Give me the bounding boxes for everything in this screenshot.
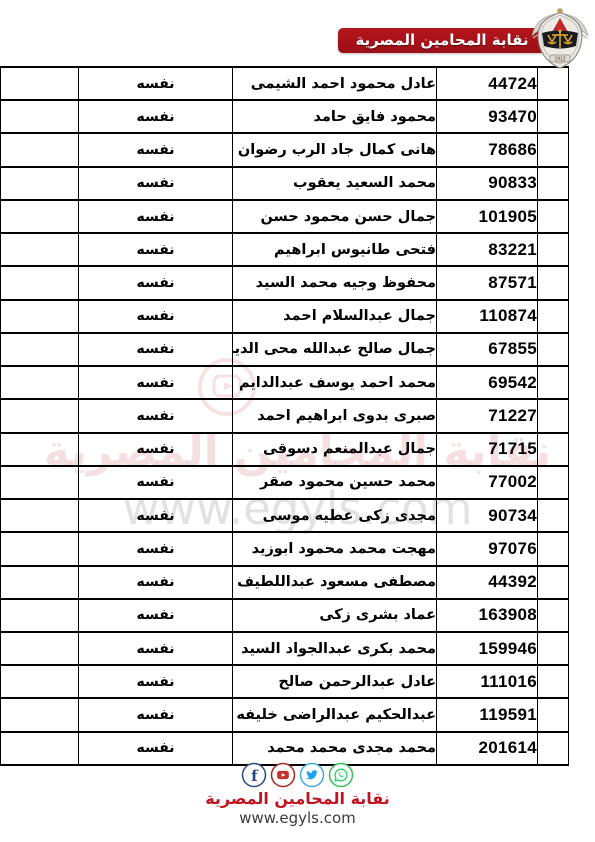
member-number: 201614 (437, 732, 538, 765)
empty-cell-left (1, 133, 79, 166)
table-row: نفسه محمد السعيد يعقوب 90833 (1, 167, 569, 200)
member-number: 97076 (437, 532, 538, 565)
table-row: نفسه هانى كمال جاد الرب رضوان 78686 (1, 133, 569, 166)
social-icons-row: f (0, 762, 595, 788)
empty-cell-right (538, 200, 569, 233)
member-number: 90734 (437, 499, 538, 532)
member-name: مصطفى مسعود عبداللطيف (233, 566, 437, 599)
member-number: 110874 (437, 300, 538, 333)
org-title-banner: نقابة المحامين المصرية (338, 28, 546, 53)
member-name: هانى كمال جاد الرب رضوان (233, 133, 437, 166)
twitter-icon[interactable] (299, 762, 325, 788)
svg-text:1912: 1912 (554, 57, 565, 63)
agent-cell: نفسه (79, 665, 233, 698)
page-footer: f نقابة المحامين المصرية www.egyls.com (0, 762, 595, 827)
table-row: نفسه جمال صالح عبدالله محى الدين 67855 (1, 333, 569, 366)
empty-cell-right (538, 333, 569, 366)
empty-cell-right (538, 599, 569, 632)
table-row: نفسه جمال حسن محمود حسن 101905 (1, 200, 569, 233)
member-name: محمد احمد يوسف عبدالدايم (233, 366, 437, 399)
member-name: جمال عبدالمنعم دسوقى (233, 433, 437, 466)
table-row: نفسه محمد بكرى عبدالجواد السيد 159946 (1, 632, 569, 665)
empty-cell-right (538, 433, 569, 466)
empty-cell-left (1, 499, 79, 532)
member-name: محمود فايق حامد (233, 100, 437, 133)
table-row: نفسه محمود فايق حامد 93470 (1, 100, 569, 133)
member-name: عادل محمود احمد الشيمى (233, 67, 437, 100)
table-row: نفسه مصطفى مسعود عبداللطيف 44392 (1, 566, 569, 599)
agent-cell: نفسه (79, 466, 233, 499)
member-name: محفوظ وجيه محمد السيد (233, 266, 437, 299)
empty-cell-right (538, 466, 569, 499)
agent-cell: نفسه (79, 366, 233, 399)
empty-cell-right (538, 233, 569, 266)
member-number: 101905 (437, 200, 538, 233)
member-number: 69542 (437, 366, 538, 399)
empty-cell-right (538, 167, 569, 200)
member-name: مهجت محمد محمود ابوزيد (233, 532, 437, 565)
member-number: 159946 (437, 632, 538, 665)
empty-cell-right (538, 399, 569, 432)
empty-cell-right (538, 532, 569, 565)
member-number: 44392 (437, 566, 538, 599)
agent-cell: نفسه (79, 300, 233, 333)
table-row: نفسه صبرى بدوى ابراهيم احمد 71227 (1, 399, 569, 432)
empty-cell-left (1, 100, 79, 133)
table-row: نفسه عادل محمود احمد الشيمى 44724 (1, 67, 569, 100)
empty-cell-left (1, 399, 79, 432)
table-row: نفسه عادل عبدالرحمن صالح 111016 (1, 665, 569, 698)
agent-cell: نفسه (79, 632, 233, 665)
empty-cell-right (538, 632, 569, 665)
youtube-icon[interactable] (270, 762, 296, 788)
agent-cell: نفسه (79, 499, 233, 532)
empty-cell-left (1, 566, 79, 599)
empty-cell-right (538, 300, 569, 333)
bar-association-logo-icon: 1912 (527, 6, 593, 72)
member-name: فتحى طانيوس ابراهيم (233, 233, 437, 266)
agent-cell: نفسه (79, 732, 233, 765)
member-name: محمد مجدى محمد محمد (233, 732, 437, 765)
empty-cell-left (1, 333, 79, 366)
empty-cell-left (1, 698, 79, 731)
table-row: نفسه عبدالحكيم عبدالراضى خليفه 119591 (1, 698, 569, 731)
whatsapp-icon[interactable] (328, 762, 354, 788)
table-row: نفسه جمال عبدالسلام احمد 110874 (1, 300, 569, 333)
member-number: 78686 (437, 133, 538, 166)
empty-cell-right (538, 698, 569, 731)
members-table: نفسه عادل محمود احمد الشيمى 44724 نفسه م… (0, 66, 569, 766)
empty-cell-right (538, 366, 569, 399)
member-name: جمال صالح عبدالله محى الدين (233, 333, 437, 366)
agent-cell: نفسه (79, 333, 233, 366)
agent-cell: نفسه (79, 133, 233, 166)
member-name: محمد بكرى عبدالجواد السيد (233, 632, 437, 665)
member-number: 119591 (437, 698, 538, 731)
member-number: 111016 (437, 665, 538, 698)
document-page: نقابة المحامين المصرية www.egyls.com نقا… (0, 0, 595, 842)
empty-cell-right (538, 566, 569, 599)
page-header: نقابة المحامين المصرية (0, 0, 595, 66)
table-row: نفسه محمد مجدى محمد محمد 201614 (1, 732, 569, 765)
empty-cell-left (1, 632, 79, 665)
member-name: عماد بشرى زكى (233, 599, 437, 632)
agent-cell: نفسه (79, 399, 233, 432)
agent-cell: نفسه (79, 266, 233, 299)
empty-cell-left (1, 366, 79, 399)
member-number: 93470 (437, 100, 538, 133)
empty-cell-right (538, 665, 569, 698)
facebook-icon[interactable]: f (241, 762, 267, 788)
agent-cell: نفسه (79, 599, 233, 632)
member-name: جمال عبدالسلام احمد (233, 300, 437, 333)
table-row: نفسه محمد حسين محمود صقر 77002 (1, 466, 569, 499)
agent-cell: نفسه (79, 200, 233, 233)
empty-cell-right (538, 499, 569, 532)
member-number: 71715 (437, 433, 538, 466)
empty-cell-left (1, 67, 79, 100)
empty-cell-left (1, 532, 79, 565)
footer-website-url: www.egyls.com (0, 809, 595, 827)
member-number: 83221 (437, 233, 538, 266)
member-name: صبرى بدوى ابراهيم احمد (233, 399, 437, 432)
member-number: 67855 (437, 333, 538, 366)
member-name: جمال حسن محمود حسن (233, 200, 437, 233)
empty-cell-right (538, 100, 569, 133)
member-name: عبدالحكيم عبدالراضى خليفه (233, 698, 437, 731)
empty-cell-right (538, 133, 569, 166)
agent-cell: نفسه (79, 566, 233, 599)
empty-cell-left (1, 233, 79, 266)
empty-cell-left (1, 732, 79, 765)
table-row: نفسه عماد بشرى زكى 163908 (1, 599, 569, 632)
empty-cell-left (1, 266, 79, 299)
member-number: 90833 (437, 167, 538, 200)
table-row: نفسه مهجت محمد محمود ابوزيد 97076 (1, 532, 569, 565)
member-number: 71227 (437, 399, 538, 432)
empty-cell-left (1, 599, 79, 632)
agent-cell: نفسه (79, 433, 233, 466)
table-row: نفسه محمد احمد يوسف عبدالدايم 69542 (1, 366, 569, 399)
agent-cell: نفسه (79, 698, 233, 731)
member-name: محمد حسين محمود صقر (233, 466, 437, 499)
agent-cell: نفسه (79, 233, 233, 266)
members-table-body: نفسه عادل محمود احمد الشيمى 44724 نفسه م… (1, 67, 569, 765)
table-row: نفسه جمال عبدالمنعم دسوقى 71715 (1, 433, 569, 466)
empty-cell-right (538, 266, 569, 299)
member-number: 77002 (437, 466, 538, 499)
empty-cell-left (1, 665, 79, 698)
empty-cell-left (1, 433, 79, 466)
table-row: نفسه محفوظ وجيه محمد السيد 87571 (1, 266, 569, 299)
empty-cell-left (1, 200, 79, 233)
member-name: مجدى زكى عطيه موسى (233, 499, 437, 532)
agent-cell: نفسه (79, 532, 233, 565)
member-number: 163908 (437, 599, 538, 632)
member-number: 44724 (437, 67, 538, 100)
empty-cell-left (1, 300, 79, 333)
member-name: محمد السعيد يعقوب (233, 167, 437, 200)
table-row: نفسه فتحى طانيوس ابراهيم 83221 (1, 233, 569, 266)
empty-cell-left (1, 167, 79, 200)
empty-cell-right (538, 732, 569, 765)
agent-cell: نفسه (79, 167, 233, 200)
table-row: نفسه مجدى زكى عطيه موسى 90734 (1, 499, 569, 532)
footer-org-name: نقابة المحامين المصرية (0, 789, 595, 808)
agent-cell: نفسه (79, 67, 233, 100)
member-number: 87571 (437, 266, 538, 299)
agent-cell: نفسه (79, 100, 233, 133)
member-name: عادل عبدالرحمن صالح (233, 665, 437, 698)
empty-cell-left (1, 466, 79, 499)
